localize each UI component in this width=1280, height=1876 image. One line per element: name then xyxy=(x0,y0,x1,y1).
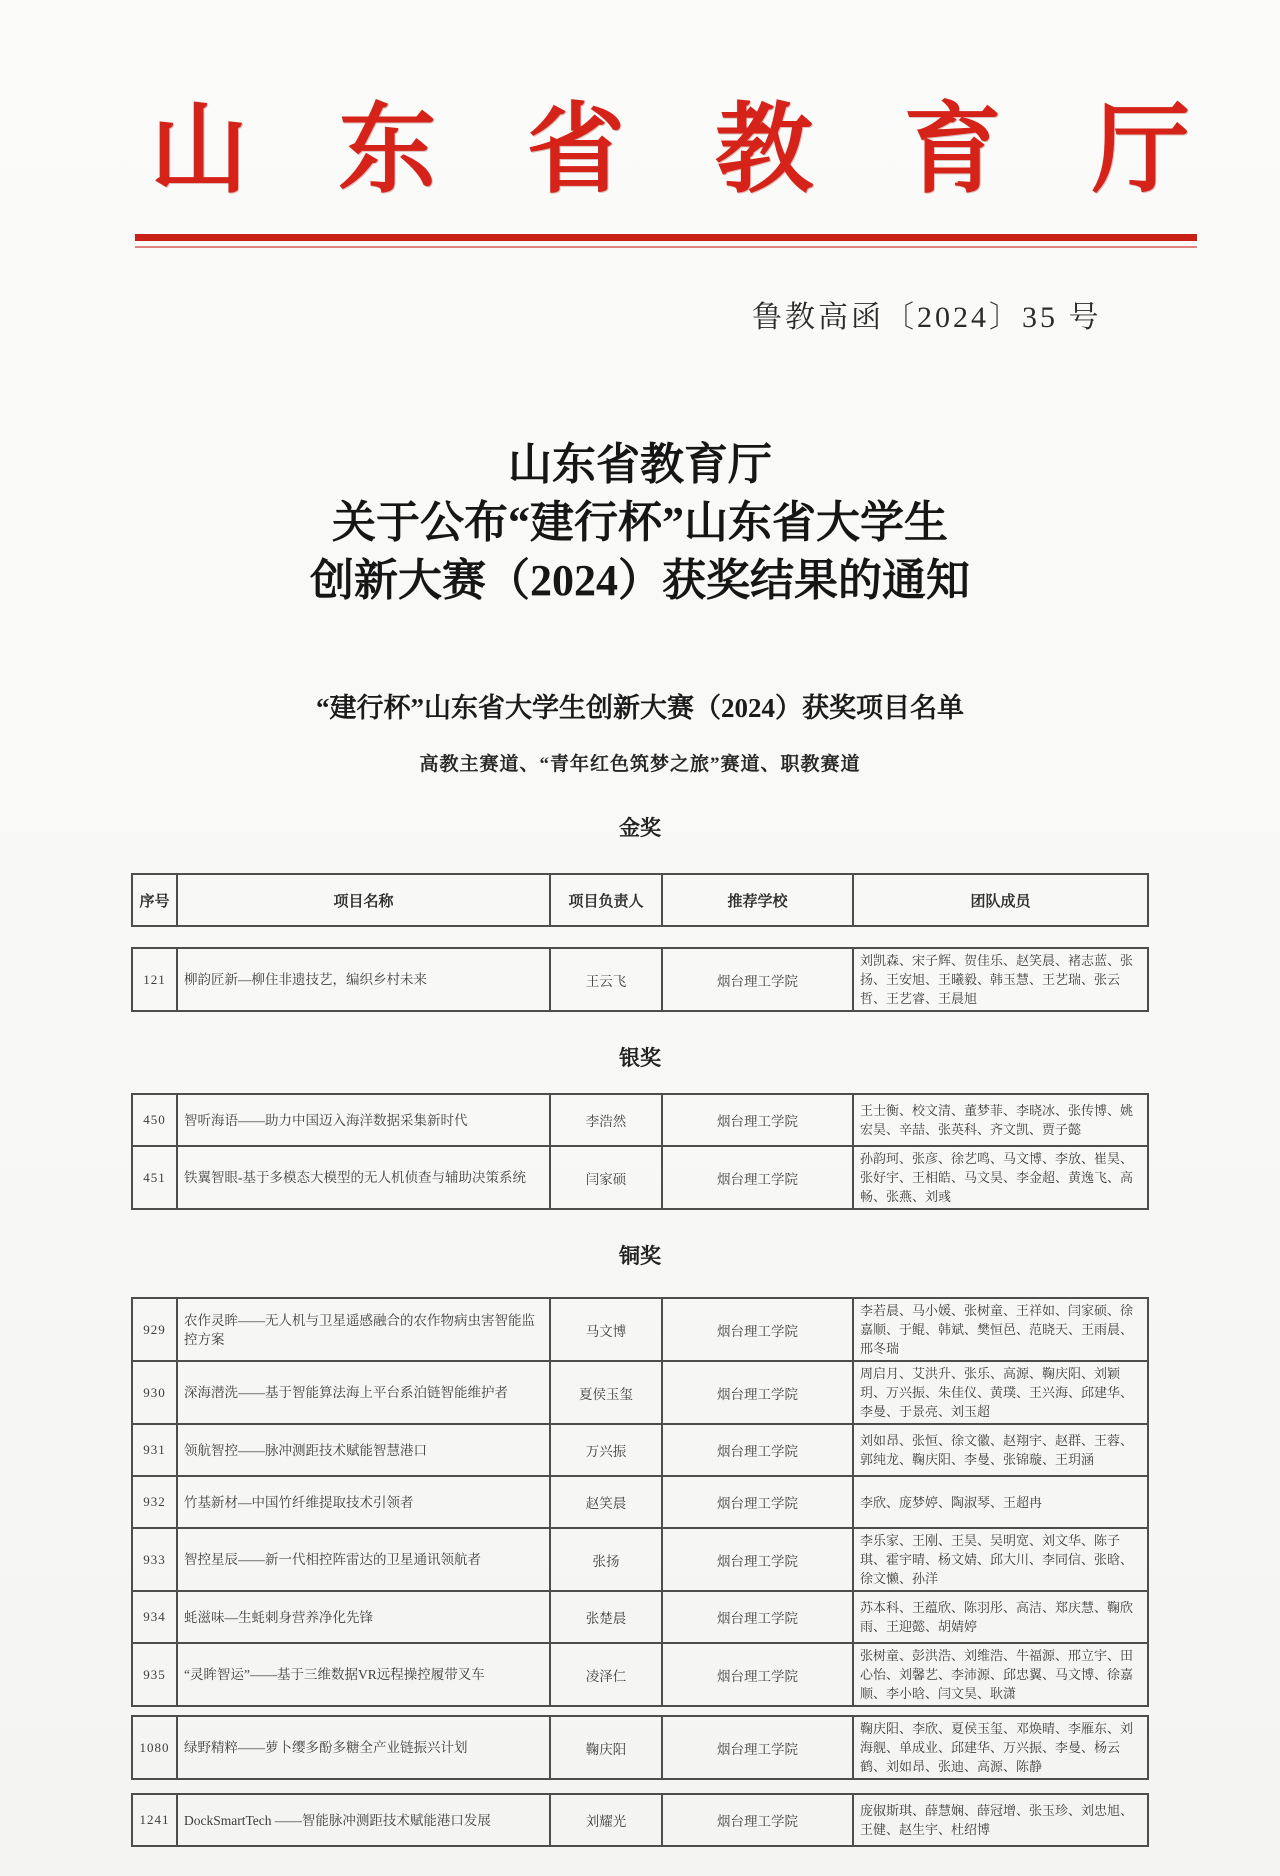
project-name: 竹基新材—中国竹纤维提取技术引领者 xyxy=(177,1476,550,1528)
recommending-school: 烟台理工学院 xyxy=(662,1794,853,1846)
team-members: 周启月、艾洪升、张乐、高源、鞠庆阳、刘颖玥、万兴振、朱佳仪、黄璞、王兴海、邱建华… xyxy=(853,1361,1148,1424)
project-leader: 万兴振 xyxy=(550,1424,662,1476)
recommending-school: 烟台理工学院 xyxy=(662,1298,853,1361)
document-page: 山东省教育厅 鲁教高函〔2024〕35 号 山东省教育厅 关于公布“建行杯”山东… xyxy=(0,0,1280,1876)
masthead-char: 东 xyxy=(338,98,436,206)
award-section-label: 金奖 xyxy=(0,812,1280,842)
column-header: 团队成员 xyxy=(853,874,1148,926)
project-name: 智控星辰——新一代相控阵雷达的卫星通讯领航者 xyxy=(177,1528,550,1591)
project-leader: 赵笑晨 xyxy=(550,1476,662,1528)
project-name: 农作灵眸——无人机与卫星遥感融合的农作物病虫害智能监控方案 xyxy=(177,1298,550,1361)
table-row: 930深海潜洗——基于智能算法海上平台系泊链智能维护者夏侯玉玺烟台理工学院周启月… xyxy=(132,1361,1148,1424)
team-members: 张树童、彭洪浩、刘维浩、牛福源、邢立宇、田心怡、刘馨艺、李沛源、邱忠翼、马文博、… xyxy=(853,1643,1148,1706)
recommending-school: 烟台理工学院 xyxy=(662,948,853,1011)
row-number: 929 xyxy=(132,1298,177,1361)
tracks-subtitle: 高教主赛道、“青年红色筑梦之旅”赛道、职教赛道 xyxy=(0,749,1280,776)
masthead-char: 省 xyxy=(527,98,625,206)
table-row: 1080绿野精粹——萝卜缨多酚多糖全产业链振兴计划鞠庆阳烟台理工学院鞠庆阳、李欣… xyxy=(132,1716,1148,1779)
column-header: 项目名称 xyxy=(177,874,550,926)
project-name: 绿野精粹——萝卜缨多酚多糖全产业链振兴计划 xyxy=(177,1716,550,1779)
results-table: 1080绿野精粹——萝卜缨多酚多糖全产业链振兴计划鞠庆阳烟台理工学院鞠庆阳、李欣… xyxy=(131,1715,1149,1780)
results-table-header: 序号项目名称项目负责人推荐学校团队成员 xyxy=(131,873,1149,927)
recommending-school: 烟台理工学院 xyxy=(662,1716,853,1779)
award-section-label: 铜奖 xyxy=(0,1240,1280,1270)
recommending-school: 烟台理工学院 xyxy=(662,1476,853,1528)
award-section-label: 银奖 xyxy=(0,1042,1280,1072)
results-table: 1241DockSmartTech ——智能脉冲测距技术赋能港口发展刘耀光烟台理… xyxy=(131,1793,1149,1847)
results-table: 450智听海语——助力中国迈入海洋数据采集新时代李浩然烟台理工学院王士衡、校文清… xyxy=(131,1093,1149,1210)
recommending-school: 烟台理工学院 xyxy=(662,1361,853,1424)
row-number: 932 xyxy=(132,1476,177,1528)
document-number: 鲁教高函〔2024〕35 号 xyxy=(752,292,1102,336)
red-divider-line-thin xyxy=(135,246,1197,248)
project-name: DockSmartTech ——智能脉冲测距技术赋能港口发展 xyxy=(177,1794,550,1846)
row-number: 451 xyxy=(132,1146,177,1209)
team-members: 孙韵珂、张彦、徐艺鸣、马文博、李放、崔昊、张好宇、王相皓、马文昊、李金超、黄逸飞… xyxy=(853,1146,1148,1209)
notice-title-line-3: 创新大赛（2024）获奖结果的通知 xyxy=(0,552,1280,610)
project-leader: 刘耀光 xyxy=(550,1794,662,1846)
notice-title-line-1: 山东省教育厅 xyxy=(0,436,1280,494)
row-number: 450 xyxy=(132,1094,177,1146)
award-list-title: “建行杯”山东省大学生创新大赛（2024）获奖项目名单 xyxy=(0,686,1280,725)
table-header-row: 序号项目名称项目负责人推荐学校团队成员 xyxy=(132,874,1148,926)
team-members: 王士衡、校文清、董梦菲、李晓冰、张传博、姚宏昊、辛喆、张英科、齐文凯、贾子懿 xyxy=(853,1094,1148,1146)
table-row: 932竹基新材—中国竹纤维提取技术引领者赵笑晨烟台理工学院李欣、庞梦婷、陶淑琴、… xyxy=(132,1476,1148,1528)
project-name: 智听海语——助力中国迈入海洋数据采集新时代 xyxy=(177,1094,550,1146)
project-leader: 王云飞 xyxy=(550,948,662,1011)
project-leader: 张扬 xyxy=(550,1528,662,1591)
project-leader: 夏侯玉玺 xyxy=(550,1361,662,1424)
team-members: 李若晨、马小媛、张树童、王祥如、闫家硕、徐嘉顺、于鲲、韩斌、樊恒邑、范晓天、王雨… xyxy=(853,1298,1148,1361)
column-header: 项目负责人 xyxy=(550,874,662,926)
project-name: 深海潜洗——基于智能算法海上平台系泊链智能维护者 xyxy=(177,1361,550,1424)
table-row: 450智听海语——助力中国迈入海洋数据采集新时代李浩然烟台理工学院王士衡、校文清… xyxy=(132,1094,1148,1146)
notice-title: 山东省教育厅 关于公布“建行杯”山东省大学生 创新大赛（2024）获奖结果的通知 xyxy=(0,436,1280,610)
project-name: 柳韵匠新—柳住非遗技艺，编织乡村未来 xyxy=(177,948,550,1011)
table-row: 1241DockSmartTech ——智能脉冲测距技术赋能港口发展刘耀光烟台理… xyxy=(132,1794,1148,1846)
team-members: 苏本科、王蕴欣、陈羽彤、高洁、郑庆慧、鞠欣雨、王迎懿、胡婧婷 xyxy=(853,1591,1148,1643)
table-row: 451铁翼智眼-基于多模态大模型的无人机侦查与辅助决策系统闫家硕烟台理工学院孙韵… xyxy=(132,1146,1148,1209)
recommending-school: 烟台理工学院 xyxy=(662,1528,853,1591)
row-number: 934 xyxy=(132,1591,177,1643)
table-row: 121柳韵匠新—柳住非遗技艺，编织乡村未来王云飞烟台理工学院刘凯森、宋子辉、贺佳… xyxy=(132,948,1148,1011)
masthead-char: 山 xyxy=(150,98,248,206)
table-row: 935“灵眸智运”——基于三维数据VR远程操控履带叉车凌泽仁烟台理工学院张树童、… xyxy=(132,1643,1148,1706)
team-members: 庞俶斯琪、薛慧娴、薛冠增、张玉珍、刘忠旭、王健、赵生宇、杜绍博 xyxy=(853,1794,1148,1846)
team-members: 李乐家、王刚、王昊、吴明宽、刘文华、陈子琪、霍宇晴、杨文婧、邱大川、李同信、张晗… xyxy=(853,1528,1148,1591)
column-header: 推荐学校 xyxy=(662,874,853,926)
masthead-char: 育 xyxy=(904,98,1002,206)
recommending-school: 烟台理工学院 xyxy=(662,1591,853,1643)
column-header: 序号 xyxy=(132,874,177,926)
team-members: 刘凯森、宋子辉、贺佳乐、赵笑晨、褚志蓝、张扬、王安旭、王曦毅、韩玉慧、王艺瑞、张… xyxy=(853,948,1148,1011)
project-name: 蚝滋味—生蚝刺身营养净化先锋 xyxy=(177,1591,550,1643)
masthead-char: 厅 xyxy=(1092,98,1190,206)
recommending-school: 烟台理工学院 xyxy=(662,1643,853,1706)
table-row: 929农作灵眸——无人机与卫星遥感融合的农作物病虫害智能监控方案马文博烟台理工学… xyxy=(132,1298,1148,1361)
row-number: 931 xyxy=(132,1424,177,1476)
project-leader: 马文博 xyxy=(550,1298,662,1361)
results-table: 121柳韵匠新—柳住非遗技艺，编织乡村未来王云飞烟台理工学院刘凯森、宋子辉、贺佳… xyxy=(131,947,1149,1012)
project-leader: 凌泽仁 xyxy=(550,1643,662,1706)
team-members: 刘如昂、张恒、徐文徽、赵翔宇、赵群、王蓉、郭纯龙、鞠庆阳、李曼、张锦璇、王玥涵 xyxy=(853,1424,1148,1476)
masthead-title: 山东省教育厅 xyxy=(150,98,1190,206)
row-number: 121 xyxy=(132,948,177,1011)
project-leader: 李浩然 xyxy=(550,1094,662,1146)
row-number: 933 xyxy=(132,1528,177,1591)
table-row: 931领航智控——脉冲测距技术赋能智慧港口万兴振烟台理工学院刘如昂、张恒、徐文徽… xyxy=(132,1424,1148,1476)
table-row: 933智控星辰——新一代相控阵雷达的卫星通讯领航者张扬烟台理工学院李乐家、王刚、… xyxy=(132,1528,1148,1591)
notice-title-line-2: 关于公布“建行杯”山东省大学生 xyxy=(0,494,1280,552)
row-number: 1241 xyxy=(132,1794,177,1846)
recommending-school: 烟台理工学院 xyxy=(662,1146,853,1209)
red-divider-line xyxy=(135,234,1197,241)
project-leader: 张楚晨 xyxy=(550,1591,662,1643)
project-name: 铁翼智眼-基于多模态大模型的无人机侦查与辅助决策系统 xyxy=(177,1146,550,1209)
project-leader: 鞠庆阳 xyxy=(550,1716,662,1779)
row-number: 1080 xyxy=(132,1716,177,1779)
project-name: 领航智控——脉冲测距技术赋能智慧港口 xyxy=(177,1424,550,1476)
results-table: 929农作灵眸——无人机与卫星遥感融合的农作物病虫害智能监控方案马文博烟台理工学… xyxy=(131,1297,1149,1707)
recommending-school: 烟台理工学院 xyxy=(662,1094,853,1146)
team-members: 李欣、庞梦婷、陶淑琴、王超冉 xyxy=(853,1476,1148,1528)
row-number: 935 xyxy=(132,1643,177,1706)
row-number: 930 xyxy=(132,1361,177,1424)
recommending-school: 烟台理工学院 xyxy=(662,1424,853,1476)
masthead-char: 教 xyxy=(715,98,813,206)
project-leader: 闫家硕 xyxy=(550,1146,662,1209)
project-name: “灵眸智运”——基于三维数据VR远程操控履带叉车 xyxy=(177,1643,550,1706)
table-row: 934蚝滋味—生蚝刺身营养净化先锋张楚晨烟台理工学院苏本科、王蕴欣、陈羽彤、高洁… xyxy=(132,1591,1148,1643)
team-members: 鞠庆阳、李欣、夏侯玉玺、邓焕晴、李雁东、刘海舰、单成业、邱建华、万兴振、李曼、杨… xyxy=(853,1716,1148,1779)
